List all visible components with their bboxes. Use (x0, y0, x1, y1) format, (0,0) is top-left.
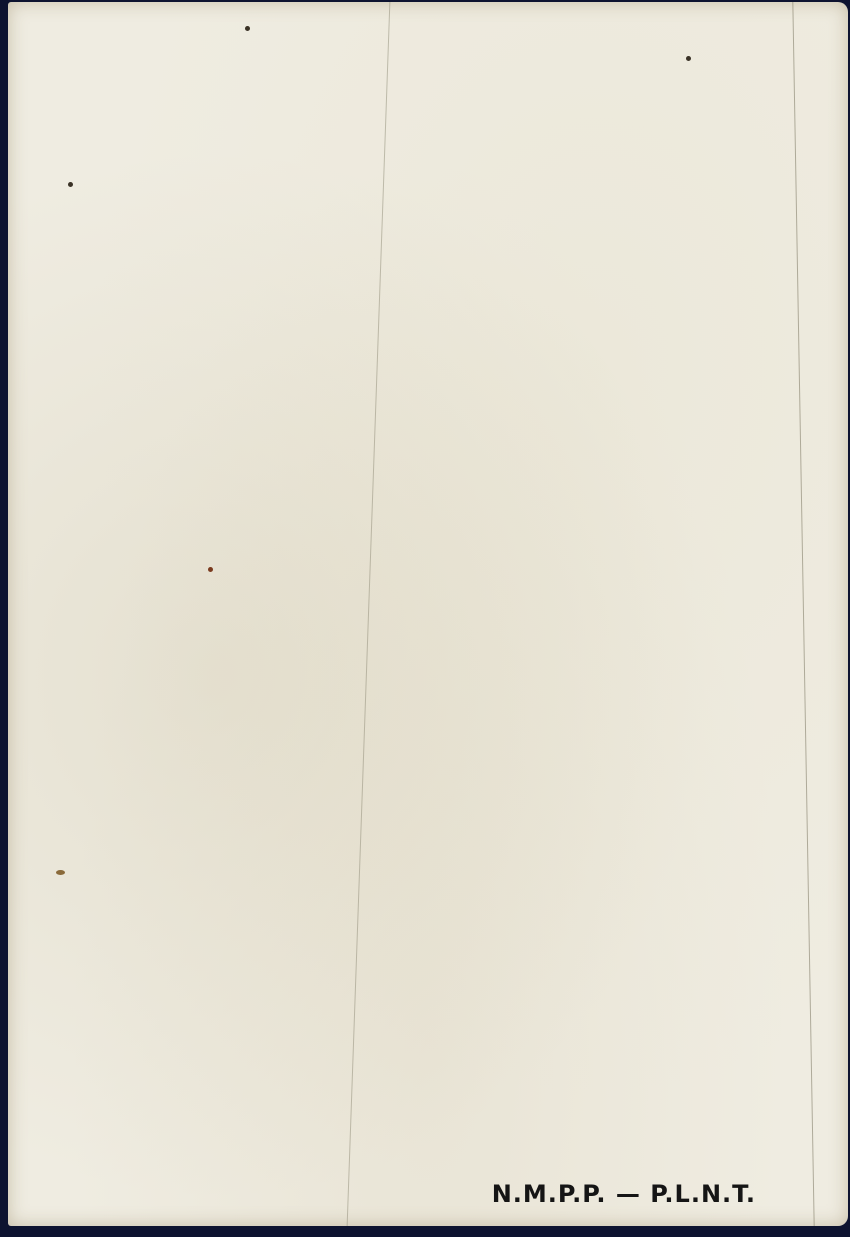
stain-spot (686, 56, 691, 61)
paper-crease (792, 2, 814, 1226)
distributor-imprint: N.M.P.P. — P.L.N.T. (492, 1180, 756, 1208)
stain-spot (68, 182, 73, 187)
paper-crease (347, 2, 391, 1226)
stain-spot (56, 870, 65, 875)
stain-spot (245, 26, 250, 31)
book-back-cover: N.M.P.P. — P.L.N.T. (8, 2, 848, 1226)
stain-spot (208, 567, 213, 572)
